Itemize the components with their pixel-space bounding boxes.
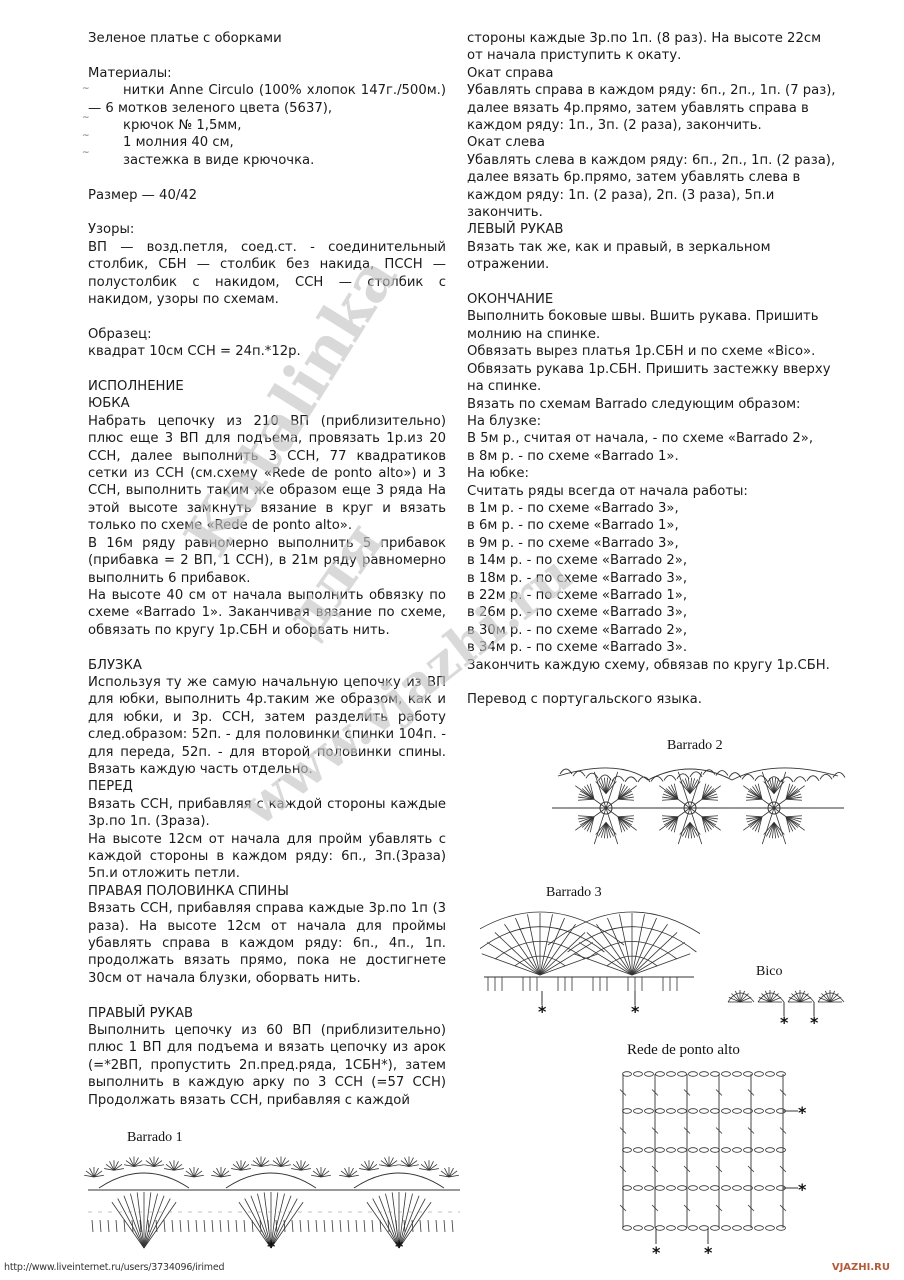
size-text: Размер — 40/42	[88, 187, 446, 204]
patterns-text: ВП — возд.петля, соед.ст. - соединительн…	[88, 239, 446, 309]
barrado-2-title: Barrado 2	[667, 738, 723, 754]
svg-text:*: *	[267, 1237, 276, 1253]
right-sleeve-heading: ПРАВЫЙ РУКАВ	[88, 1005, 446, 1022]
list-item: в 34м р. - по схеме «Barrado 3».	[467, 639, 837, 656]
left-sleeve-heading: ЛЕВЫЙ РУКАВ	[467, 221, 837, 238]
bico-diagram: **	[714, 982, 874, 1030]
patterns-heading: Узоры:	[88, 221, 446, 238]
footer-brand: VJAZHI.RU	[832, 1262, 890, 1273]
left-sleeve-paragraph: Вязать так же, как и правый, в зеркально…	[467, 239, 837, 274]
skirt-paragraph-3: На высоте 40 см от начала выполнить обвя…	[88, 587, 446, 639]
finishing-paragraph-1: Выполнить боковые швы. Вшить рукава. При…	[467, 308, 837, 343]
list-item: в 14м р. - по схеме «Barrado 2»,	[467, 552, 837, 569]
materials-hook: крючок № 1,5мм,	[88, 117, 446, 134]
right-sleeve-paragraph-1: Выполнить цепочку из 60 ВП (приблизитель…	[88, 1022, 446, 1109]
sample-text: квадрат 10см ССН = 24п.*12р.	[88, 343, 446, 360]
cap-left-paragraph: Убавлять слева в каждом ряду: 6п., 2п., …	[467, 152, 837, 222]
skirt-intro: Считать ряды всегда от начала работы:	[467, 483, 837, 500]
list-item: В 5м р., считая от начала, - по схеме «B…	[467, 430, 837, 447]
list-item: в 8м р. - по схеме «Barrado 1».	[467, 448, 837, 465]
skirt-rows-list: в 1м р. - по схеме «Barrado 3», в 6м р. …	[467, 500, 837, 657]
list-item: в 1м р. - по схеме «Barrado 3»,	[467, 500, 837, 517]
closing-text: Закончить каждую схему, обвязав по кругу…	[467, 657, 837, 674]
materials-zipper: 1 молния 40 см,	[88, 134, 446, 151]
sample-heading: Образец:	[88, 326, 446, 343]
skirt-paragraph-1: Набрать цепочку из 210 ВП (приблизительн…	[88, 413, 446, 535]
right-sleeve-paragraph-2: стороны каждые 3р.по 1п. (8 раз). На выс…	[467, 30, 837, 65]
finishing-paragraph-2: Обвязать вырез платья 1р.СБН и по схеме …	[467, 343, 837, 360]
svg-text:*: *	[538, 1002, 547, 1021]
materials-yarn: нитки Anne Circulo (100% хлопок 147г./50…	[88, 82, 446, 117]
materials-heading: Материалы:	[88, 65, 446, 82]
skirt-label: На юбке:	[467, 465, 837, 482]
list-item: в 18м р. - по схеме «Barrado 3»,	[467, 570, 837, 587]
barrado-3-diagram: **	[480, 905, 700, 1025]
blouse-label: На блузке:	[467, 413, 837, 430]
margin-mark: ~	[82, 148, 90, 158]
skirt-paragraph-2: В 16м ряду равномерно выполнить 5 прибав…	[88, 535, 446, 587]
right-back-paragraph: Вязать ССН, прибавляя справа каждые 3р.п…	[88, 900, 446, 987]
cap-right-heading: Окат справа	[467, 65, 837, 82]
cap-left-heading: Окат слева	[467, 134, 837, 151]
barrado-3-title: Barrado 3	[546, 885, 602, 901]
finishing-paragraph-4: Вязать по схемам Barrado следующим образ…	[467, 396, 837, 413]
svg-text:*: *	[798, 1180, 807, 1199]
rede-diagram: ****	[618, 1064, 818, 1264]
margin-mark: ~	[82, 84, 90, 94]
list-item: в 6м р. - по схеме «Barrado 1»,	[467, 517, 837, 534]
finishing-paragraph-3: Обвязать рукава 1р.СБН. Пришить застежку…	[467, 361, 837, 396]
bico-title: Bico	[756, 964, 782, 980]
svg-text:*: *	[652, 1243, 661, 1262]
footer-url[interactable]: http://www.liveinternet.ru/users/3734096…	[4, 1262, 224, 1273]
blouse-rows-list: В 5м р., считая от начала, - по схеме «B…	[467, 430, 837, 465]
translation-note: Перевод с португальского языка.	[467, 691, 837, 708]
svg-text:*: *	[798, 1103, 807, 1122]
right-column: стороны каждые 3р.по 1п. (8 раз). На выс…	[467, 30, 837, 709]
left-column: Зеленое платье с оборками Материалы: нит…	[88, 30, 446, 1109]
list-item: в 9м р. - по схеме «Barrado 3»,	[467, 535, 837, 552]
right-back-heading: ПРАВАЯ ПОЛОВИНКА СПИНЫ	[88, 883, 446, 900]
svg-text:*: *	[704, 1243, 713, 1262]
finishing-heading: ОКОНЧАНИЕ	[467, 291, 837, 308]
blouse-paragraph: Используя ту же самую начальную цепочку …	[88, 674, 446, 778]
margin-mark: ~	[82, 113, 90, 123]
execution-heading: ИСПОЛНЕНИЕ	[88, 378, 446, 395]
svg-text:*: *	[395, 1237, 404, 1253]
svg-text:*: *	[810, 1013, 819, 1030]
barrado-1-title: Barrado 1	[127, 1130, 183, 1146]
blouse-heading: БЛУЗКА	[88, 657, 446, 674]
front-heading: ПЕРЕД	[88, 778, 446, 795]
svg-text:*: *	[780, 1013, 789, 1030]
front-paragraph-1: Вязать ССН, прибавляя с каждой стороны к…	[88, 796, 446, 831]
list-item: в 30м р. - по схеме «Barrado 2»,	[467, 622, 837, 639]
materials-clasp: застежка в виде крючочка.	[88, 152, 446, 169]
margin-mark: ~	[82, 131, 90, 141]
barrado-1-diagram: **	[84, 1148, 464, 1253]
list-item: в 26м р. - по схеме «Barrado 3»,	[467, 604, 837, 621]
skirt-heading: ЮБКА	[88, 395, 446, 412]
cap-right-paragraph: Убавлять справа в каждом ряду: 6п., 2п.,…	[467, 82, 837, 134]
list-item: в 22м р. - по схеме «Barrado 1»,	[467, 587, 837, 604]
rede-title: Rede de ponto alto	[627, 1042, 740, 1059]
svg-text:*: *	[631, 1002, 640, 1021]
barrado-2-diagram	[548, 758, 848, 858]
front-paragraph-2: На высоте 12см от начала для пройм убавл…	[88, 831, 446, 883]
document-title: Зеленое платье с оборками	[88, 30, 446, 47]
